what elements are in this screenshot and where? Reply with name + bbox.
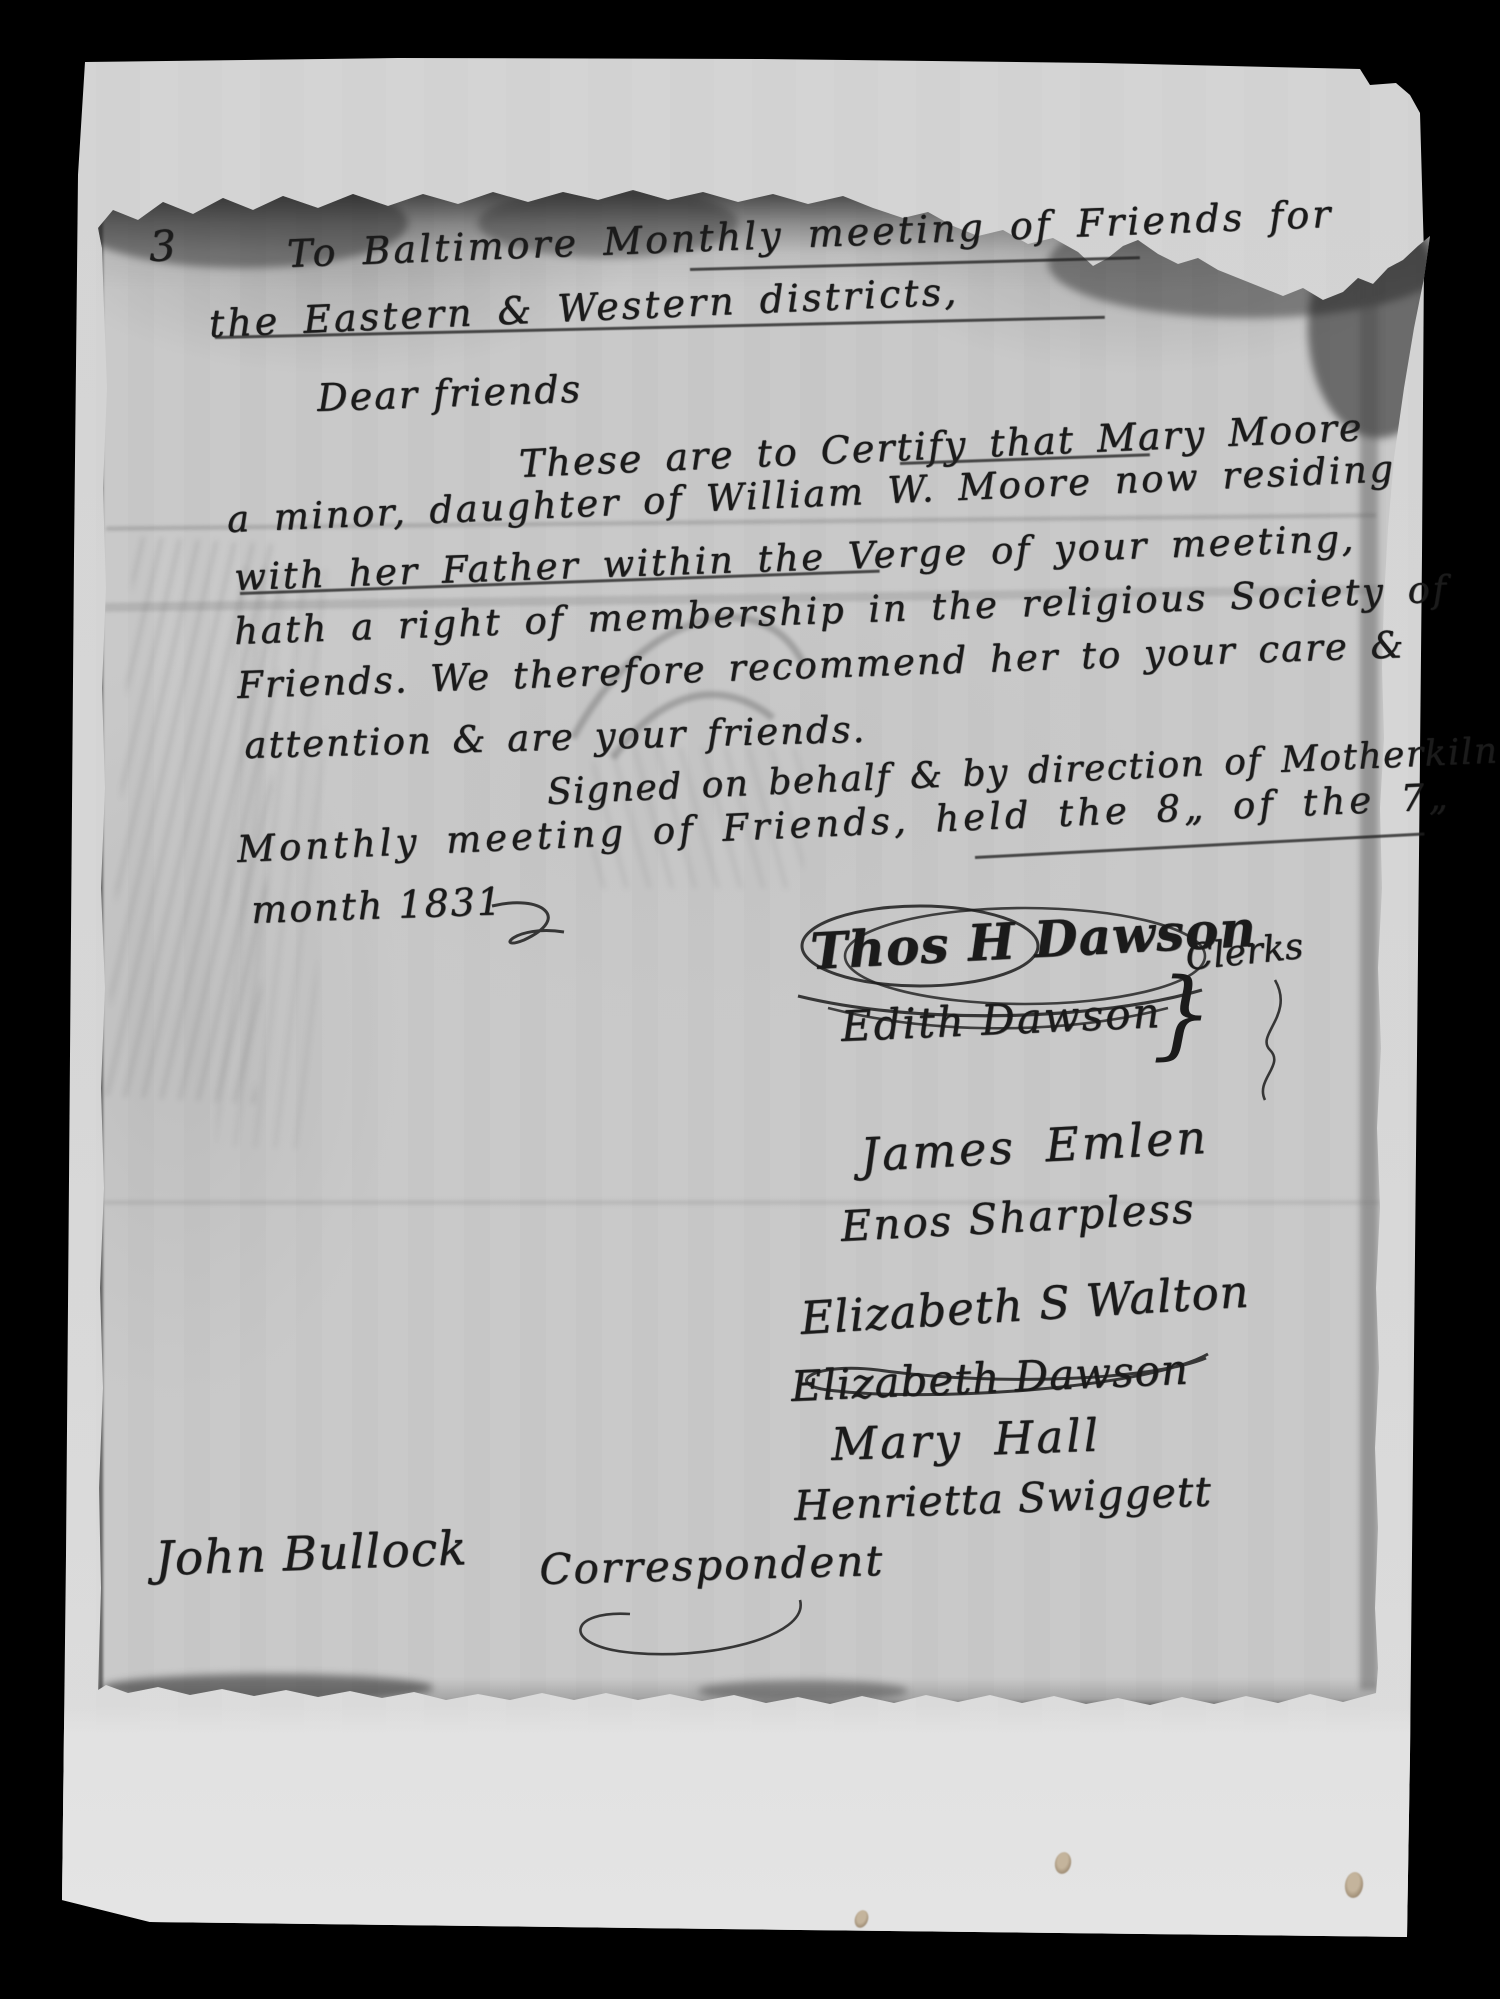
signature-flourish (480, 892, 600, 966)
signature-flourish (1235, 975, 1295, 1109)
signature-flourish (555, 1592, 810, 1674)
correspondent-title: Correspondent (539, 1536, 885, 1594)
page-number: 3 (148, 221, 176, 271)
scanned-document-page: 3 To Baltimore Monthly meeting of Friend… (0, 0, 1500, 1999)
salutation: Dear friends (316, 367, 582, 420)
closing-line: month 1831 (250, 879, 503, 932)
witness-signature: Mary Hall (830, 1409, 1102, 1471)
correspondent-signature: John Bullock (154, 1521, 468, 1587)
backing-paper-lower (58, 1705, 1428, 1945)
